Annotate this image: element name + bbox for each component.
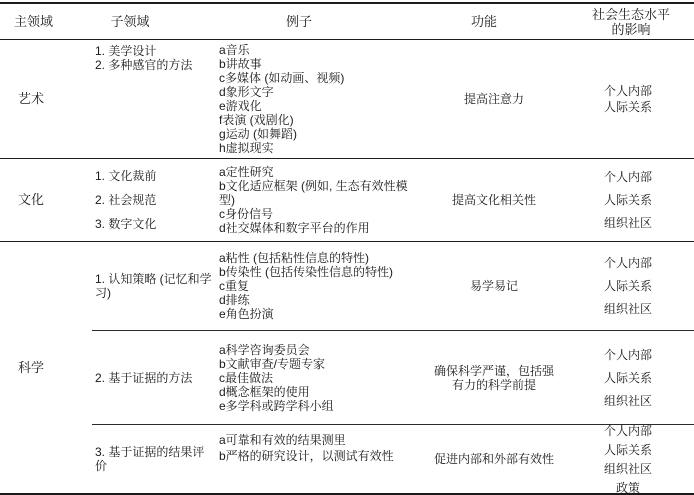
impact-list-science-1: 个人内部人际关系组织社区 — [568, 241, 694, 330]
example-item: a可靠和有效的结果测里 — [219, 433, 418, 447]
example-item: b文献审查/专题专家 — [219, 357, 418, 371]
subdomain-item: 1. 认知策略 (记忆和学习) — [95, 272, 216, 300]
subdomain-item: 1. 文化裁前 — [95, 169, 216, 183]
subdomain-item: 3. 数字文化 — [95, 217, 216, 231]
function-text: 促进内部和外部有效性 — [434, 452, 554, 466]
subdomain-list-culture: 1. 文化裁前2. 社会规范3. 数字文化 — [92, 158, 218, 241]
subdomain-list-science-2: 2. 基于证据的方法 — [92, 330, 218, 424]
main-domain-culture: 文化 — [0, 158, 92, 241]
example-item: g运动 (如舞蹈) — [219, 127, 418, 141]
impact-item: 人际关系 — [568, 443, 688, 457]
example-item: a定性研究 — [219, 165, 418, 179]
function-text: 确保科学严谨，包括强有力的科学前提 — [429, 364, 559, 392]
impact-item: 人际关系 — [568, 100, 688, 114]
impact-item: 组织社区 — [568, 216, 688, 230]
col-header-function: 功能 — [420, 4, 568, 40]
framework-table: 主领域 子领域 例子 功能 社会生态水平的影响 艺术 1. 美学设计2. 多种感… — [0, 2, 694, 495]
main-domain-art: 艺术 — [0, 40, 92, 158]
example-item: d社交媒体和数字平台的作用 — [219, 221, 418, 235]
impact-item: 个人内部 — [568, 84, 688, 98]
impact-item: 人际关系 — [568, 371, 688, 385]
col-header-label: 社会生态水平的影响 — [589, 7, 673, 37]
example-item: e多学科或跨学科小组 — [219, 399, 418, 413]
col-header-subdomain: 子领域 — [92, 4, 218, 40]
impact-item: 个人内部 — [568, 348, 688, 362]
main-domain-label: 科学 — [18, 361, 92, 375]
function-text: 提高注意力 — [464, 92, 524, 106]
impact-item: 个人内部 — [568, 424, 688, 438]
impact-item: 组织社区 — [568, 394, 688, 408]
impact-list-science-3: 个人内部人际关系组织社区政策 — [568, 424, 694, 493]
col-header-socioecological-impact: 社会生态水平的影响 — [568, 4, 694, 40]
main-domain-science: 科学 — [0, 241, 92, 493]
example-item: b文化适应框架 (例如, 生态有效性模型) — [219, 179, 418, 207]
subdomain-item: 2. 多种感官的方法 — [95, 58, 216, 72]
main-domain-label: 艺术 — [18, 92, 92, 106]
col-header-examples: 例子 — [218, 4, 420, 40]
example-item: b传染性 (包括传染性信息的特性) — [219, 265, 418, 279]
example-item: c重复 — [219, 279, 418, 293]
impact-item: 组织社区 — [568, 302, 688, 316]
example-item: a音乐 — [219, 43, 418, 57]
subdomain-item: 2. 社会规范 — [95, 193, 216, 207]
subdomain-item: 2. 基于证据的方法 — [95, 371, 216, 385]
col-header-label: 子领域 — [92, 14, 168, 29]
main-domain-label: 文化 — [18, 193, 92, 207]
example-item: e游戏化 — [219, 99, 418, 113]
impact-item: 组织社区 — [568, 462, 688, 476]
example-item: c身份信号 — [219, 207, 418, 221]
example-item: d概念框架的使用 — [219, 385, 418, 399]
function-cell-art: 提高注意力 — [420, 40, 568, 158]
example-item: f表演 (戏剧化) — [219, 113, 418, 127]
impact-list-science-2: 个人内部人际关系组织社区 — [568, 330, 694, 424]
example-item: b严格的研究设计，以测试有效性 — [219, 449, 418, 463]
impact-item: 政策 — [568, 481, 688, 495]
example-item: h虚拟现实 — [219, 141, 418, 155]
example-list-science-1: a粘性 (包括粘性信息的特性)b传染性 (包括传染性信息的特性)c重复d排练e角… — [218, 241, 420, 330]
example-item: c最佳做法 — [219, 371, 418, 385]
example-list-science-3: a可靠和有效的结果测里b严格的研究设计，以测试有效性 — [218, 424, 420, 493]
col-header-main-domain: 主领域 — [0, 4, 92, 40]
example-item: c多媒体 (如动画、视频) — [219, 71, 418, 85]
col-header-label: 主领域 — [0, 14, 67, 29]
impact-item: 个人内部 — [568, 256, 688, 270]
example-item: b讲故事 — [219, 57, 418, 71]
impact-item: 个人内部 — [568, 170, 688, 184]
example-item: a科学咨询委员会 — [219, 343, 418, 357]
example-item: a粘性 (包括粘性信息的特性) — [219, 251, 418, 265]
subdomain-item: 3. 基于证据的结果评价 — [95, 445, 216, 473]
function-cell-science-3: 促进内部和外部有效性 — [420, 424, 568, 493]
example-item: d排练 — [219, 293, 418, 307]
col-header-label: 功能 — [420, 14, 548, 29]
example-item: d象形文字 — [219, 85, 418, 99]
example-list-art: a音乐b讲故事c多媒体 (如动画、视频)d象形文字e游戏化f表演 (戏剧化)g运… — [218, 40, 420, 158]
impact-list-culture: 个人内部人际关系组织社区 — [568, 158, 694, 241]
impact-item: 人际关系 — [568, 279, 688, 293]
col-header-label: 例子 — [218, 14, 380, 29]
impact-list-art: 个人内部人际关系 — [568, 40, 694, 158]
example-list-culture: a定性研究b文化适应框架 (例如, 生态有效性模型)c身份信号d社交媒体和数字平… — [218, 158, 420, 241]
function-text: 提高文化相关性 — [452, 193, 536, 207]
function-cell-culture: 提高文化相关性 — [420, 158, 568, 241]
example-list-science-2: a科学咨询委员会b文献审查/专题专家c最佳做法d概念框架的使用e多学科或跨学科小… — [218, 330, 420, 424]
subdomain-list-science-1: 1. 认知策略 (记忆和学习) — [92, 241, 218, 330]
example-item: e角色扮演 — [219, 307, 418, 321]
impact-item: 人际关系 — [568, 193, 688, 207]
page: 主领域 子领域 例子 功能 社会生态水平的影响 艺术 1. 美学设计2. 多种感… — [0, 0, 694, 495]
function-text: 易学易记 — [470, 279, 518, 293]
function-cell-science-2: 确保科学严谨，包括强有力的科学前提 — [420, 330, 568, 424]
subdomain-item: 1. 美学设计 — [95, 44, 216, 58]
function-cell-science-1: 易学易记 — [420, 241, 568, 330]
subdomain-list-science-3: 3. 基于证据的结果评价 — [92, 424, 218, 493]
subdomain-list-art: 1. 美学设计2. 多种感官的方法 — [92, 40, 218, 158]
